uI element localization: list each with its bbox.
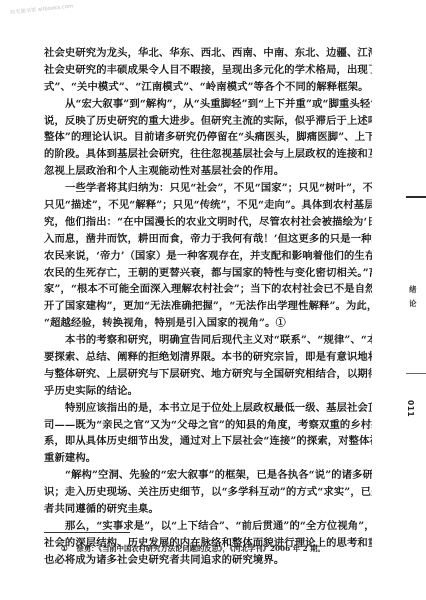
text-line: 本书的考察和研究，明确宣告同后现代主义对“联系”、“规律”、“本质”进行必 [44, 332, 372, 349]
paragraph: “解构”空洞、先验的“宏大叙事”的框架，已是各执各“说”的诸多研究者的共 识；走… [44, 467, 372, 518]
text-line: 一些学者将其归纳为：只见“社会”，不见“国家”；只见“树叶”，不见“树林”； [44, 180, 372, 197]
running-head-char: 绪 [409, 283, 419, 297]
text-line: 与整体研究、上层研究与下层研究、地方研究与全国研究相结合，以期得出较为合 [44, 366, 372, 383]
paragraph: 本书的考察和研究，明确宣告同后现代主义对“联系”、“规律”、“本质”进行必 要探… [44, 332, 372, 400]
text-line: 农民来说，‘帝力’（国家）是一种客观存在，并支配和影响着他们的生存和命运。 [44, 248, 372, 265]
footnote: ①徐勇：《当前中国农村研究方法论问题的反思》，《河北学刊》2006 年 2 期。 [61, 544, 325, 554]
text-line: 者共同遵循的研究圭臬。 [44, 501, 372, 518]
footnote-text: 徐勇：《当前中国农村研究方法论问题的反思》，《河北学刊》2006 年 2 期。 [77, 544, 325, 553]
text-line: 识；走入历史现场、关注历史细节，以“多学科互动”的方式“求实”，已是诸多研究 [44, 484, 372, 501]
text-line: 从“宏大叙事”到“解构”，从“头重脚轻”到“上下并重”或“脚重头轻”，应该 [44, 96, 372, 113]
text-line: 只见“描述”，不见“解释”；只见“传统”，不见“走向”。具体到农村基层社会的研 [44, 197, 372, 214]
text-line: 式”、“关中模式”、“江南模式”、“岭南模式”等各个不同的解释框架。 [44, 79, 372, 96]
text-line: 要探索、总结、阐释的拒绝划清界限。本书的研究宗旨，即是有意识地将具体研究 [44, 349, 372, 366]
text-line: 系，即从具体历史细节出发，通过对上下层社会“连接”的探索，对整体社会历史的 [44, 433, 372, 450]
paragraph: 社会史研究为龙头，华北、华东、西北、西南、中南、东北、边疆、江河流域、山区海疆 … [44, 45, 372, 96]
text-line: 家”，“根本不可能全面深入理解农村社会”；当下的农村社会已不是自然天成，“离 [44, 281, 372, 298]
watermark-stamp: 时光图书馆 allbooks.com [10, 2, 73, 16]
text-line: 社会史研究的丰硕成果令人目不暇接，呈现出多元化的学术格局，出现了“华北模 [44, 62, 372, 79]
text-line: “超越经验，转换视角，特别是引入国家的视角”。① [44, 315, 372, 332]
paragraph: 一些学者将其归纳为：只见“社会”，不见“国家”；只见“树叶”，不见“树林”； 只… [44, 180, 372, 332]
text-line: 农民的生死存亡，王朝的更替兴衰，都与国家的特性与变化密切相关。”离开了“国 [44, 265, 372, 282]
footnote-divider [44, 532, 130, 533]
text-line: 特别应该指出的是，本书立足于位处上层政权最低一级、基层社会顶头上 [44, 400, 372, 417]
running-head: 绪 论 [409, 283, 419, 311]
text-line: “解构”空洞、先验的“宏大叙事”的框架，已是各执各“说”的诸多研究者的共 [44, 467, 372, 484]
margin-rule-top [406, 196, 426, 198]
page-number: 011 [406, 400, 415, 417]
text-line: 重新建构。 [44, 450, 372, 467]
text-line: 社会史研究为龙头，华北、华东、西北、西南、中南、东北、边疆、江河流域、山区海疆 [44, 45, 372, 62]
text-line: 司——既为“亲民之官”又为“父母之官”的知县的角度，考察双重的乡村控制体 [44, 417, 372, 434]
text-line: 整体”的理论认识。目前诸多研究仍停留在“头痛医头，脚痛医脚”、上下研究脱节 [44, 129, 372, 146]
text-line: 乎历史实际的结论。 [44, 383, 372, 400]
body-text: 社会史研究为龙头，华北、华东、西北、西南、中南、东北、边疆、江河流域、山区海疆 … [44, 45, 372, 569]
paragraph: 从“宏大叙事”到“解构”，从“头重脚轻”到“上下并重”或“脚重头轻”，应该 说，… [44, 96, 372, 180]
running-head-char: 论 [409, 297, 419, 311]
text-line: 也必将成为诸多社会史研究者共同追求的研究境界。 [44, 552, 372, 569]
text-line: 入而息，凿井而饮，耕田而食，帝力于我何有哉！’但这更多的只是一种理想。对于 [44, 231, 372, 248]
text-line: 究，他们指出：“在中国漫长的农业文明时代，尽管农村社会被描绘为‘日出而作，日 [44, 214, 372, 231]
footnote-marker: ① [61, 544, 68, 553]
paragraph: 特别应该指出的是，本书立足于位处上层政权最低一级、基层社会顶头上 司——既为“亲… [44, 400, 372, 468]
margin-rule-bottom [406, 373, 426, 374]
text-line: 的阶段。具体到基层社会研究，往往忽视基层社会与上层政权的连接和互动，往往 [44, 146, 372, 163]
text-line: 说，反映了历史研究的重大进步。但研究主流的实际，似乎滞后于上述呼吁“把握 [44, 113, 372, 130]
text-line: 忽视上层政治和个人主观能动性对基层社会的作用。 [44, 163, 372, 180]
text-line: 开了国家建构”，更加“无法准确把握”，“无法作出学理性解释”。为此，他们呼吁， [44, 298, 372, 315]
